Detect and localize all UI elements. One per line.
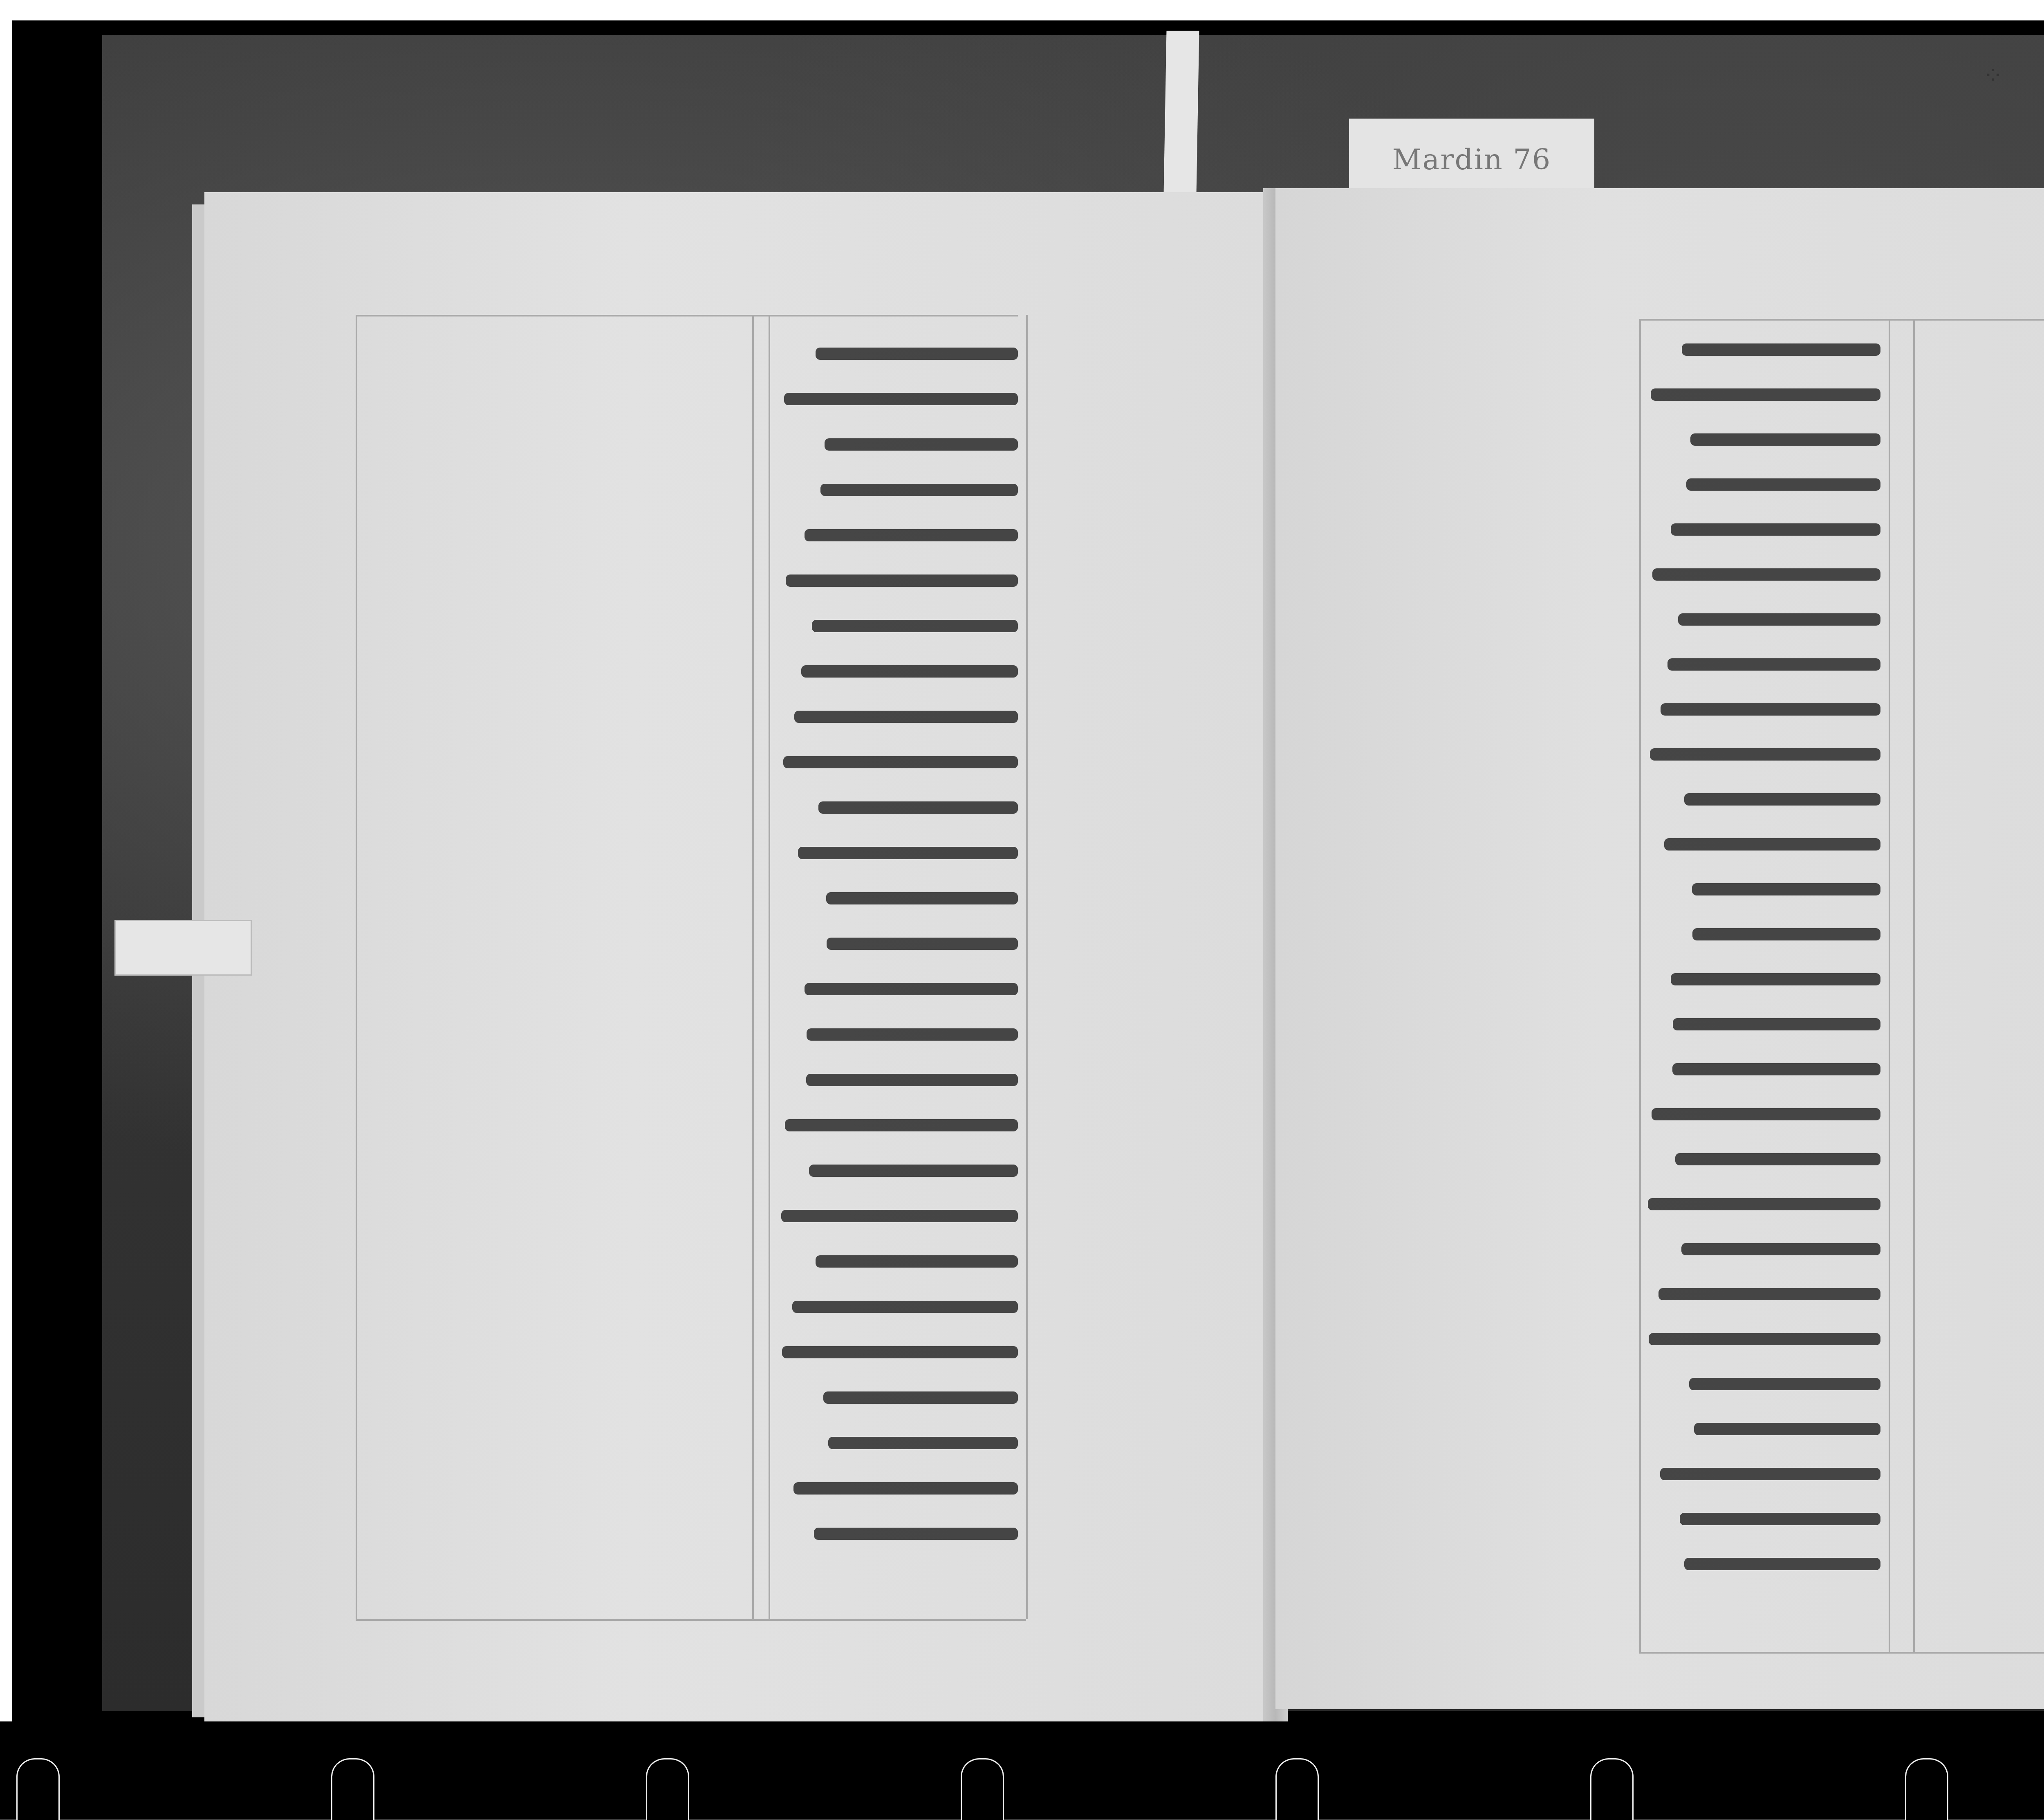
manuscript-line	[1686, 478, 1880, 491]
left-outer-column	[368, 343, 744, 1231]
sprocket-hole	[961, 1758, 1004, 1820]
manuscript-line	[1673, 1018, 1880, 1030]
manuscript-line	[818, 801, 1018, 814]
manuscript-line	[807, 1028, 1018, 1041]
manuscript-line	[1684, 1558, 1880, 1570]
sprocket-hole	[1275, 1758, 1319, 1820]
manuscript-line	[1678, 613, 1880, 626]
manuscript-line	[1680, 1513, 1880, 1525]
manuscript-line	[783, 756, 1018, 768]
manuscript-line	[827, 938, 1018, 950]
manuscript-line	[1690, 433, 1880, 446]
manuscript-line	[786, 575, 1018, 587]
manuscript-line	[784, 393, 1018, 405]
sprocket-hole	[331, 1758, 374, 1820]
left-main-column	[781, 348, 1018, 1573]
manuscript-line	[1694, 1423, 1880, 1435]
column-rule	[1639, 319, 1641, 1652]
manuscript-line	[792, 1301, 1018, 1313]
manuscript-line	[1681, 1243, 1880, 1255]
manuscript-line	[826, 892, 1018, 904]
manuscript-line	[823, 1391, 1018, 1404]
column-rule	[752, 315, 754, 1619]
sprocket-hole	[1590, 1758, 1634, 1820]
manuscript-line	[1692, 928, 1880, 940]
manuscript-line	[828, 1437, 1018, 1449]
manuscript-line	[805, 983, 1018, 995]
column-rule	[1913, 319, 1915, 1652]
manuscript-line	[1675, 1153, 1880, 1165]
manuscript-line	[1667, 658, 1880, 671]
manuscript-line	[1660, 1468, 1880, 1480]
manuscript-line	[1672, 1063, 1880, 1075]
manuscript-line	[814, 1528, 1018, 1540]
bookmark-tab	[1164, 31, 1199, 194]
manuscript-line	[785, 1119, 1018, 1131]
manuscript-line	[1659, 1288, 1880, 1300]
column-rule	[1889, 319, 1890, 1652]
manuscript-line	[1648, 1198, 1880, 1210]
shelfmark-text: Mardin 76	[1392, 143, 1551, 176]
manuscript-line	[793, 1482, 1018, 1495]
manuscript-line	[1689, 1378, 1880, 1390]
manuscript-line	[825, 438, 1018, 451]
manuscript-line	[801, 665, 1018, 678]
film-strip	[0, 1721, 2044, 1820]
manuscript-line	[1650, 748, 1880, 761]
manuscript-line	[806, 1074, 1018, 1086]
left-page	[204, 192, 1275, 1721]
manuscript-line	[794, 711, 1018, 723]
top-rule	[356, 315, 1018, 316]
manuscript-line	[1649, 1333, 1880, 1345]
manuscript-line	[1661, 703, 1880, 716]
manuscript-line	[1684, 793, 1880, 806]
right-main-column	[1647, 343, 1880, 1603]
corner-ornament-icon: ⁘	[1983, 61, 2003, 90]
manuscript-line	[1652, 568, 1880, 581]
sprocket-hole	[16, 1758, 60, 1820]
manuscript-line	[1651, 388, 1880, 401]
manuscript-line	[782, 1346, 1018, 1358]
manuscript-line	[816, 1255, 1018, 1268]
manuscript-line	[809, 1165, 1018, 1177]
column-rule	[356, 315, 357, 1619]
manuscript-line	[1671, 973, 1880, 985]
manuscript-line	[805, 529, 1018, 541]
top-rule	[1639, 319, 2044, 321]
bottom-rule	[1639, 1652, 2044, 1654]
manuscript-line	[1671, 523, 1880, 536]
manuscript-line	[820, 484, 1018, 496]
manuscript-line	[781, 1210, 1018, 1222]
left-page-clip	[114, 920, 252, 976]
column-rule	[769, 315, 770, 1619]
sprocket-hole	[1905, 1758, 1948, 1820]
manuscript-line	[812, 620, 1018, 632]
manuscript-line	[1682, 343, 1880, 356]
manuscript-line	[1664, 838, 1880, 851]
manuscript-line	[798, 847, 1018, 859]
manuscript-line	[1692, 883, 1880, 895]
manuscript-line	[816, 348, 1018, 360]
sprocket-hole	[646, 1758, 689, 1820]
bottom-rule	[356, 1619, 1026, 1621]
right-outer-column	[1925, 393, 2044, 1193]
open-manuscript	[204, 188, 2044, 1726]
manuscript-line	[1652, 1108, 1880, 1120]
column-rule	[1026, 315, 1028, 1619]
right-page	[1275, 188, 2044, 1709]
